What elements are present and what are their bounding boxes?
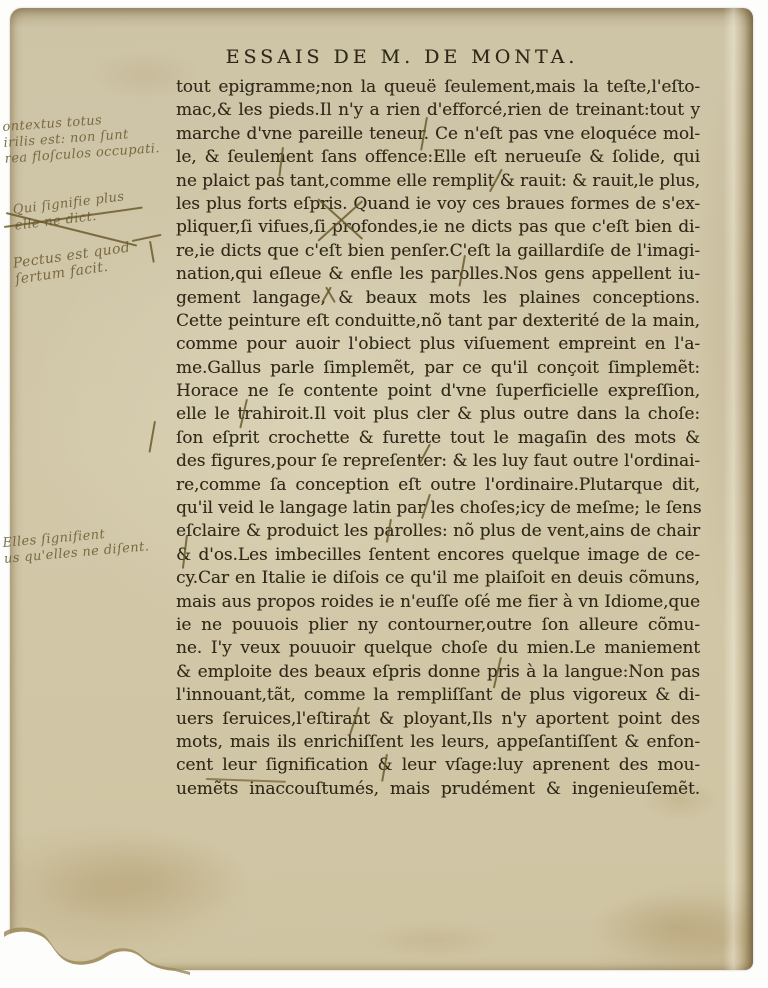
text-line: qu'il veid le langage latin par les choſ… [176,497,700,520]
text-line: ie ne pouuois plier ny contourner,outre … [176,614,700,637]
text-line: tout epigramme;non la queuë ſeulement,ma… [176,76,700,99]
text-line: des figures,pour ſe repreſenter: & les l… [176,450,700,473]
text-line: & emploite des beaux eſpris donne pris à… [176,661,700,684]
text-line: re,comme ſa conception eſt outre l'ordin… [176,474,700,497]
text-line: re,ie dicts que c'eſt bien penſer.C'eſt … [176,240,700,263]
text-line: Cette peinture eſt conduitte,nõ tant par… [176,310,700,333]
text-line: les plus forts eſpris. Quand ie voy ces … [176,193,700,216]
text-line: & d'os.Les imbecilles ſentent encores qu… [176,544,700,567]
page-right-edge-curl [723,8,753,970]
body-text-block: tout epigramme;non la queuë ſeulement,ma… [176,76,700,801]
text-line: marche d'vne pareille teneur. Ce n'eſt p… [176,123,700,146]
text-line: uers ſeruices,l'eſtirant & ployant,Ils n… [176,708,700,731]
text-line: mais aus propos roides ie n'euſſe oſé me… [176,591,700,614]
scanned-book-page: ESSAIS DE M. DE MONTA. tout epigramme;no… [0,0,768,988]
text-line: me.Gallus parle ſimplemẽt, par ce qu'il … [176,357,700,380]
text-line: cy.Car en Italie ie diſois ce qu'il me p… [176,567,700,590]
text-line: eſclaire & produict les parolles: nõ plu… [176,520,700,543]
text-line: ne. I'y veux pouuoir quelque choſe du mi… [176,637,700,660]
text-line: Horace ne ſe contente point d'vne ſuperf… [176,380,700,403]
text-line: l'innouant,tãt, comme la rempliſſant de … [176,684,700,707]
text-line: ne plaict pas tant,comme elle remplit & … [176,170,700,193]
text-line: gement langage, & beaux mots les plaines… [176,287,700,310]
text-line: nation,qui eſleue & enfle les parolles.N… [176,263,700,286]
text-line: le, & ſeulement ſans offence:Elle eſt ne… [176,146,700,169]
text-line: comme pour auoir l'obiect plus viſuement… [176,333,700,356]
text-line: elle le trahiroit.Il voit plus cler & pl… [176,403,700,426]
text-line: uemẽts inaccouſtumés, mais prudément & i… [176,778,700,801]
text-line: ſon eſprit crochette & furette tout le m… [176,427,700,450]
text-line: cent leur ſignification & leur vſage:luy… [176,754,700,777]
text-line: mots, mais ils enrichiſſent les leurs, a… [176,731,700,754]
text-line: mac,& les pieds.Il n'y a rien d'efforcé,… [176,99,700,122]
torn-corner [4,918,190,988]
page-top-shadow [10,8,753,28]
running-header-title: ESSAIS DE M. DE MONTA. [140,46,664,68]
text-line: pliquer,ſi vifues,ſi profondes,ie ne dic… [176,216,700,239]
